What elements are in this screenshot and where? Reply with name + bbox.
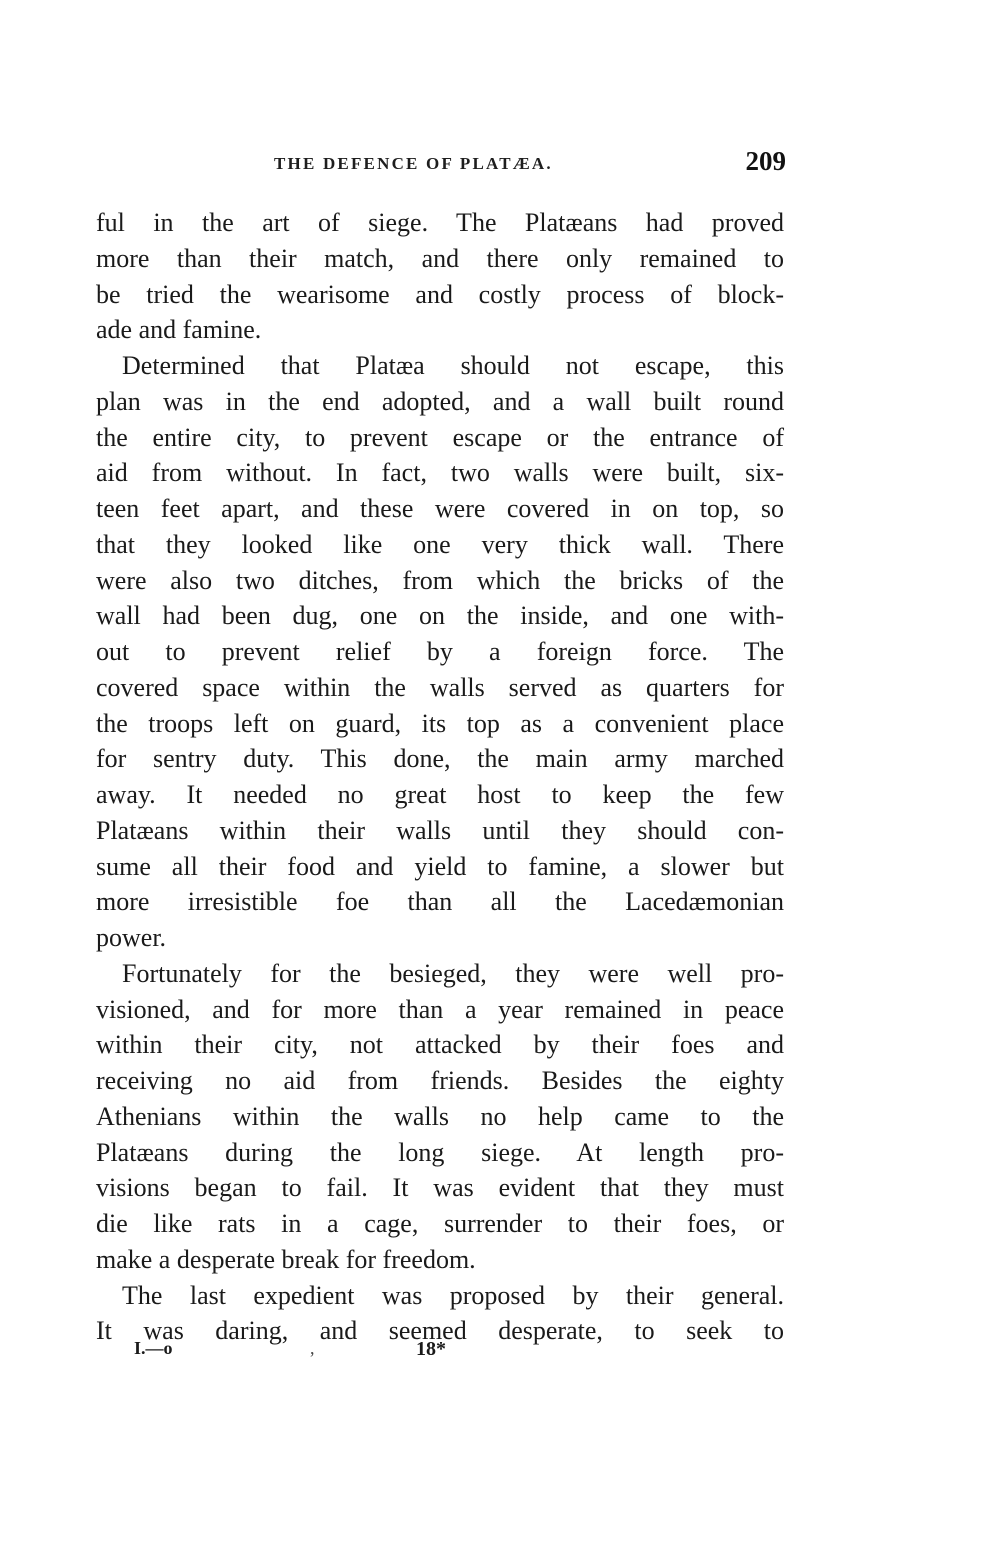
paragraph-end-line: ade and famine. xyxy=(96,312,784,348)
text-line: within their city, not attacked by their… xyxy=(96,1027,784,1063)
paragraph-start-line: Fortunately for the besieged, they were … xyxy=(96,956,784,992)
running-header: THE DEFENCE OF PLATÆA. 209 xyxy=(96,146,786,182)
text-line: be tried the wearisome and costly proces… xyxy=(96,277,784,313)
printer-signature: I.—o xyxy=(134,1338,173,1359)
text-line: Platæans within their walls until they s… xyxy=(96,813,784,849)
paragraph-start-line: The last expedient was proposed by their… xyxy=(96,1278,784,1314)
paragraph-start-line: Determined that Platæa should not escape… xyxy=(96,348,784,384)
book-page: THE DEFENCE OF PLATÆA. 209 ful in the ar… xyxy=(0,0,1000,1559)
text-line: Platæans during the long siege. At lengt… xyxy=(96,1135,784,1171)
stray-mark: , xyxy=(310,1338,315,1359)
text-line: Athenians within the walls no help came … xyxy=(96,1099,784,1135)
text-line: that they looked like one very thick wal… xyxy=(96,527,784,563)
running-title: THE DEFENCE OF PLATÆA. xyxy=(274,154,553,174)
text-line: were also two ditches, from which the br… xyxy=(96,563,784,599)
paragraph-end-line: make a desperate break for freedom. xyxy=(96,1242,784,1278)
page-footer: I.—o , 18* xyxy=(96,1338,786,1368)
text-line: visioned, and for more than a year remai… xyxy=(96,992,784,1028)
text-line: die like rats in a cage, surrender to th… xyxy=(96,1206,784,1242)
text-line: wall had been dug, one on the inside, an… xyxy=(96,598,784,634)
text-line: more than their match, and there only re… xyxy=(96,241,784,277)
sheet-signature-mark: 18* xyxy=(416,1338,446,1361)
text-line: aid from without. In fact, two walls wer… xyxy=(96,455,784,491)
body-text: ful in the art of siege. The Platæans ha… xyxy=(96,205,784,1349)
text-line: away. It needed no great host to keep th… xyxy=(96,777,784,813)
text-line: plan was in the end adopted, and a wall … xyxy=(96,384,784,420)
text-line: sume all their food and yield to famine,… xyxy=(96,849,784,885)
paragraph-end-line: power. xyxy=(96,920,784,956)
text-line: visions began to fail. It was evident th… xyxy=(96,1170,784,1206)
text-line: out to prevent relief by a foreign force… xyxy=(96,634,784,670)
text-line: ful in the art of siege. The Platæans ha… xyxy=(96,205,784,241)
text-line: for sentry duty. This done, the main arm… xyxy=(96,741,784,777)
text-line: receiving no aid from friends. Besides t… xyxy=(96,1063,784,1099)
text-line: teen feet apart, and these were covered … xyxy=(96,491,784,527)
page-number: 209 xyxy=(746,146,787,177)
text-line: covered space within the walls served as… xyxy=(96,670,784,706)
text-line: the troops left on guard, its top as a c… xyxy=(96,706,784,742)
text-line: the entire city, to prevent escape or th… xyxy=(96,420,784,456)
text-line: more irresistible foe than all the Laced… xyxy=(96,884,784,920)
